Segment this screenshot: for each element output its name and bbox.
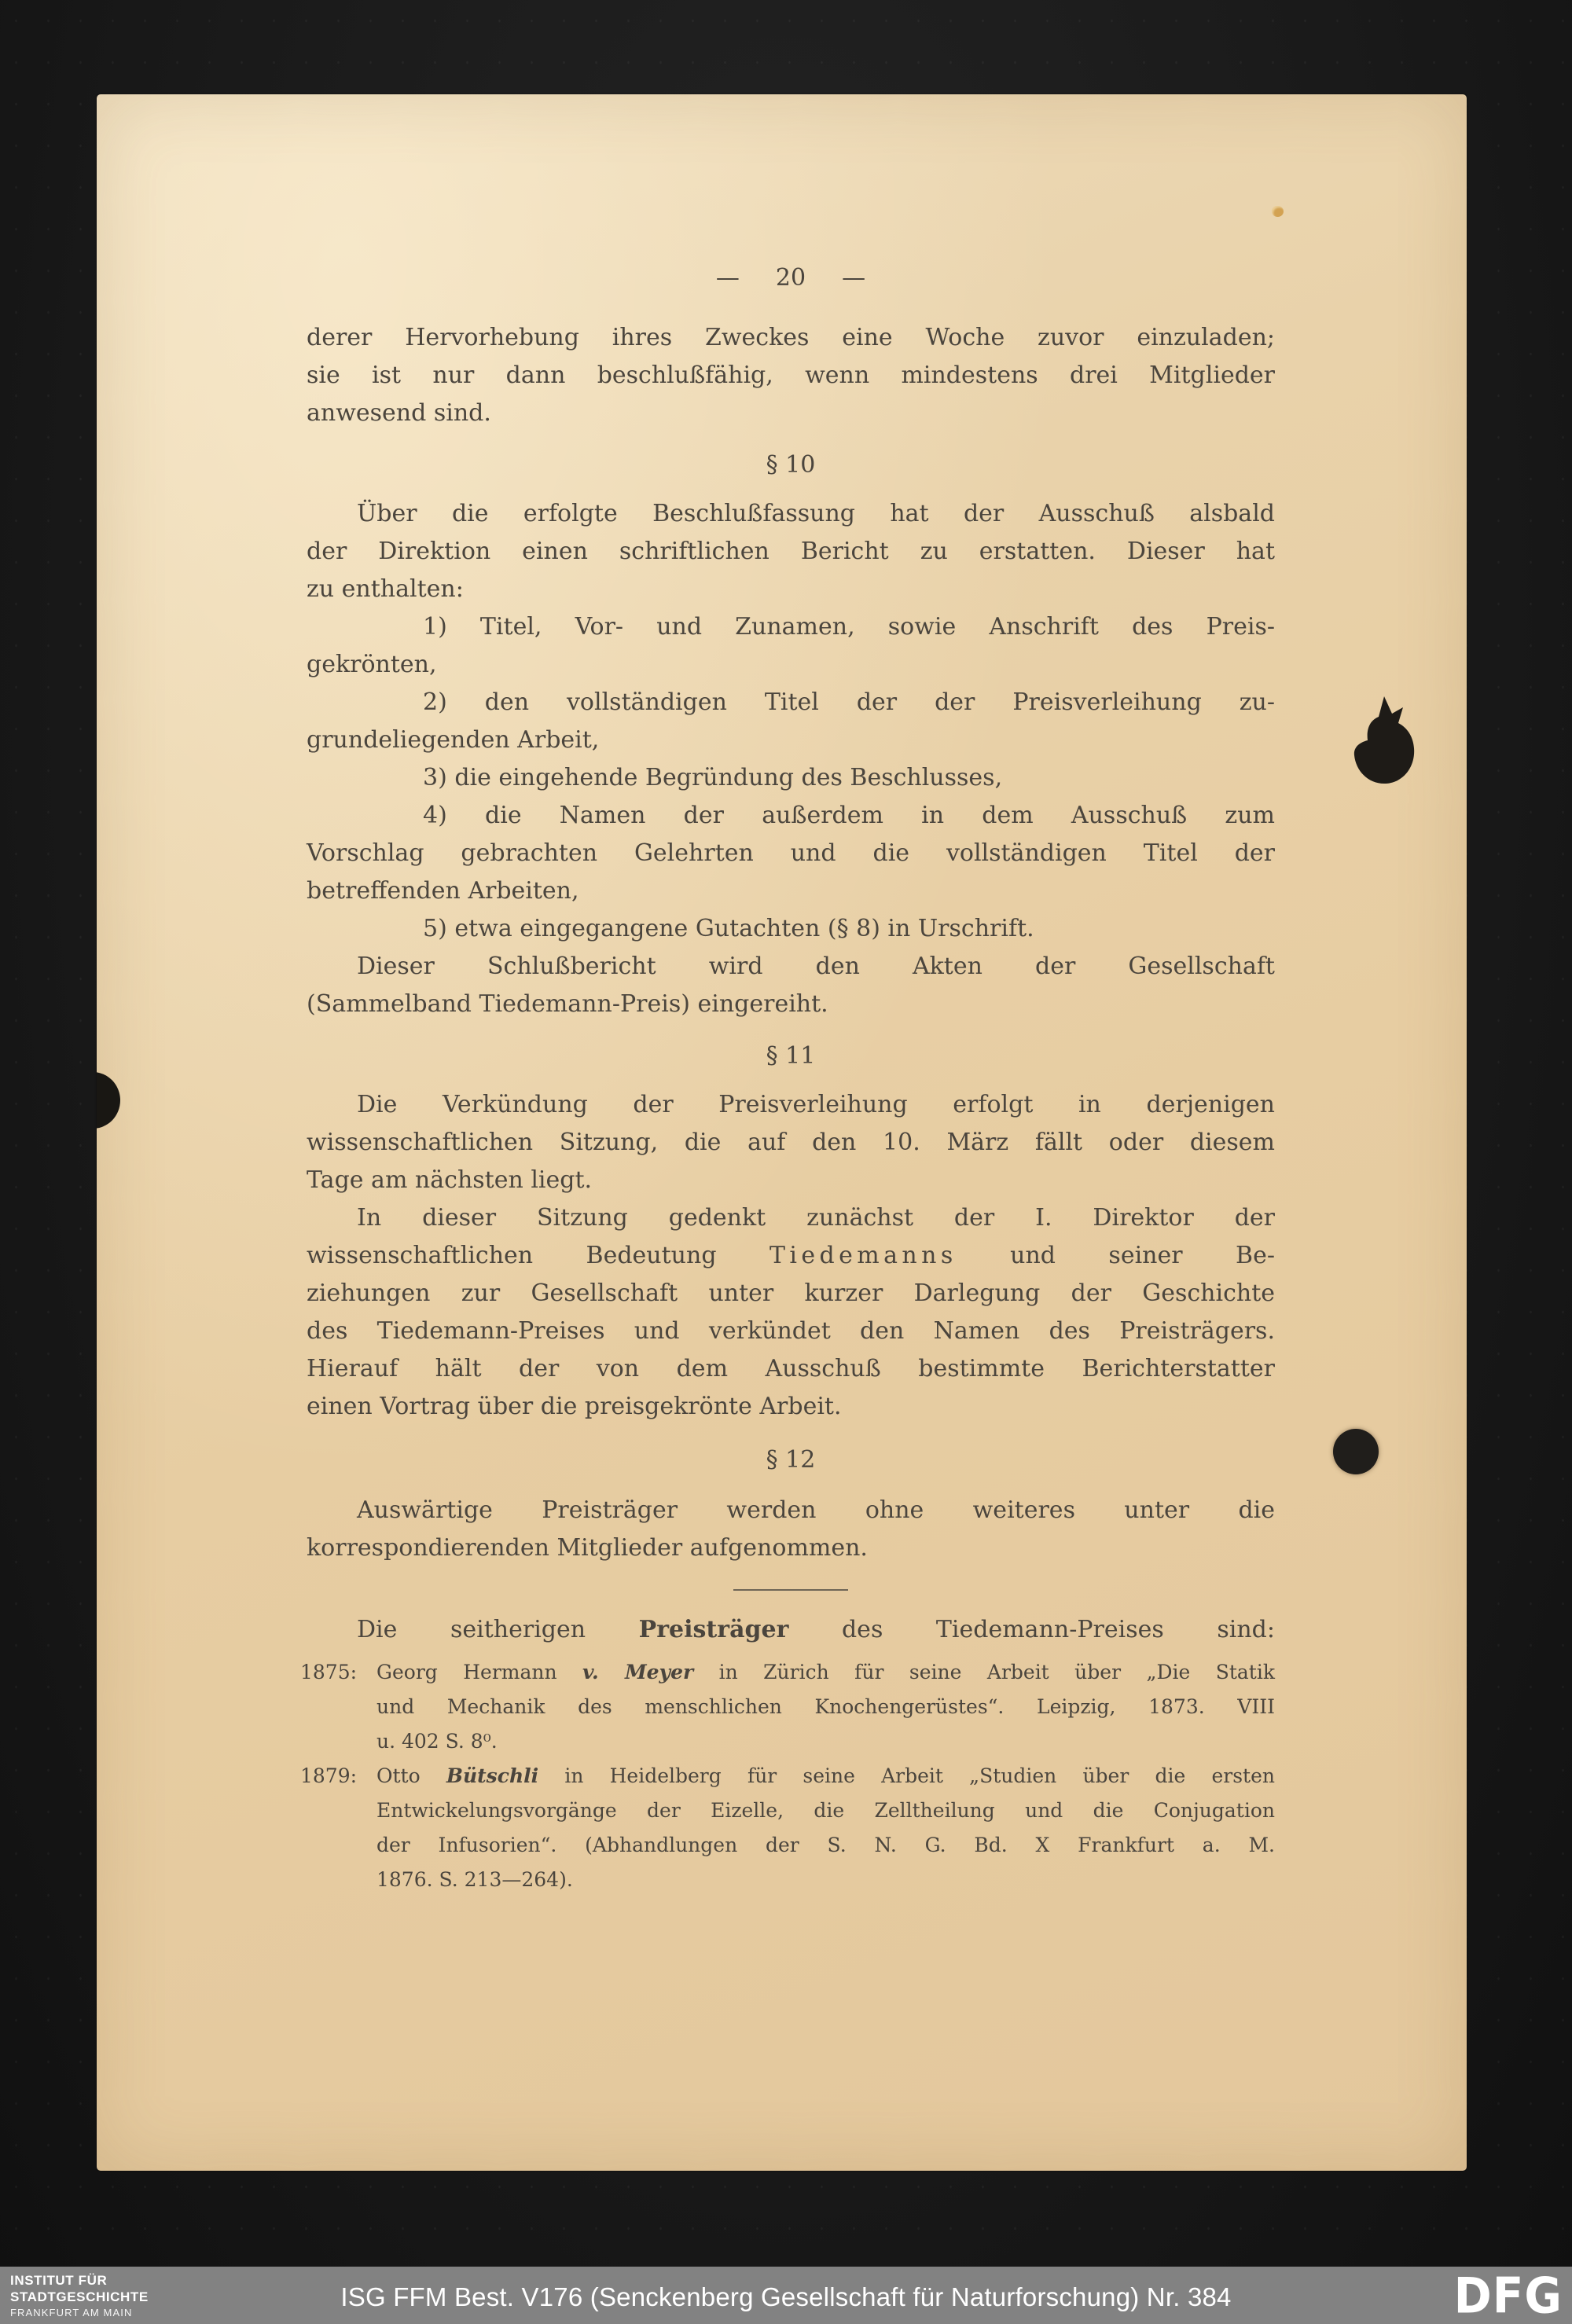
entry-year: 1875: — [300, 1655, 376, 1759]
text-line: In dieser Sitzung gedenkt zunächst der I… — [307, 1199, 1275, 1237]
text-line: sie ist nur dann beschlußfähig, wenn min… — [307, 357, 1275, 395]
entry-text: Otto Bütschli in Heidelberg für seine Ar… — [376, 1759, 1275, 1897]
text-fragment: Otto — [376, 1764, 446, 1787]
italic-name-buetschli: Bütschli — [446, 1764, 538, 1787]
document-page: —20— derer Hervorhebung ihres Zweckes ei… — [97, 94, 1467, 2171]
prize-intro-line: Die seitherigen Preisträger des Tiedeman… — [307, 1611, 1275, 1649]
text-line: 1876. S. 213—264). — [376, 1863, 1275, 1897]
text-line: Entwickelungsvorgänge der Eizelle, die Z… — [376, 1793, 1275, 1828]
text-fragment: Die seitherigen — [357, 1616, 639, 1643]
text-line: Dieser Schlußbericht wird den Akten der … — [307, 948, 1275, 986]
entry-year: 1879: — [300, 1759, 376, 1897]
text-line: Die Verkündung der Preisverleihung erfol… — [307, 1086, 1275, 1124]
text-line: des Tiedemann-Preises und verkündet den … — [307, 1313, 1275, 1350]
paper-speck — [1272, 206, 1284, 217]
list-item-line: Vorschlag gebrachten Gelehrten und die v… — [307, 835, 1275, 872]
page-number-dash-left: — — [716, 259, 740, 297]
text-fragment: wissenschaftlichen Bedeutung — [307, 1242, 769, 1269]
text-line: wissenschaftlichen Bedeutung Tiedemanns … — [307, 1237, 1275, 1275]
punch-hole — [1333, 1429, 1379, 1474]
letterspaced-name-tiedemanns: Tiedemanns — [769, 1242, 957, 1269]
text-line: zu enthalten: — [307, 571, 1275, 608]
text-column: —20— derer Hervorhebung ihres Zweckes ei… — [307, 259, 1275, 1897]
scan-background: { "doc": { "dash_left": "—", "page_numbe… — [0, 0, 1572, 2324]
list-item-line: betreffenden Arbeiten, — [307, 872, 1275, 910]
dfg-logo: DFG — [1454, 2267, 1563, 2324]
bold-word-preistraeger: Preisträger — [639, 1616, 789, 1643]
text-line: Über die erfolgte Beschlußfassung hat de… — [307, 495, 1275, 533]
text-fragment: und seiner Be- — [957, 1242, 1275, 1269]
text-line: (Sammelband Tiedemann-Preis) eingereiht. — [307, 986, 1275, 1023]
section-heading-10: § 10 — [307, 446, 1275, 484]
prize-entries: 1875: Georg Hermann v. Meyer in Zürich f… — [300, 1655, 1275, 1897]
page-number: 20 — [776, 259, 806, 297]
archive-reference: ISG FFM Best. V176 (Senckenberg Gesellsc… — [0, 2282, 1572, 2312]
list-item-line: 5) etwa eingegangene Gutachten (§ 8) in … — [307, 910, 1275, 948]
text-fragment: in Zürich für seine Arbeit über „Die Sta… — [693, 1661, 1275, 1683]
punch-hole-ink-blob — [1323, 692, 1425, 810]
text-line: Auswärtige Preisträger werden ohne weite… — [307, 1492, 1275, 1529]
list-item-line: grundeliegenden Arbeit, — [307, 721, 1275, 759]
list-item-line: 4) die Namen der außerdem in dem Ausschu… — [307, 797, 1275, 835]
text-line: Otto Bütschli in Heidelberg für seine Ar… — [376, 1759, 1275, 1793]
prize-entry-1879: 1879: Otto Bütschli in Heidelberg für se… — [300, 1759, 1275, 1897]
text-line: derer Hervorhebung ihres Zweckes eine Wo… — [307, 319, 1275, 357]
divider-rule — [733, 1589, 848, 1591]
text-fragment: des Tiedemann-Preises sind: — [788, 1616, 1275, 1643]
text-line: der Direktion einen schriftlichen Berich… — [307, 533, 1275, 571]
text-line: einen Vortrag über die preisgekrönte Arb… — [307, 1388, 1275, 1426]
section-heading-12: § 12 — [307, 1441, 1275, 1479]
list-item-line: 1) Titel, Vor- und Zunamen, sowie Anschr… — [307, 608, 1275, 646]
list-item-line: 2) den vollständigen Titel der der Preis… — [307, 684, 1275, 721]
section-heading-11: § 11 — [307, 1037, 1275, 1075]
edge-notch — [97, 1072, 120, 1129]
list-item-line: gekrönten, — [307, 646, 1275, 684]
text-line: Georg Hermann v. Meyer in Zürich für sei… — [376, 1655, 1275, 1690]
text-line: Tage am nächsten liegt. — [307, 1162, 1275, 1199]
list-item-line: 3) die eingehende Begründung des Beschlu… — [307, 759, 1275, 797]
text-line: ziehungen zur Gesellschaft unter kurzer … — [307, 1275, 1275, 1313]
text-line: u. 402 S. 8⁰. — [376, 1724, 1275, 1759]
page-number-dash-right: — — [842, 259, 865, 297]
text-line: der Infusorien“. (Abhandlungen der S. N.… — [376, 1828, 1275, 1863]
text-line: korrespondierenden Mitglieder aufgenomme… — [307, 1529, 1275, 1567]
text-line: Hierauf hält der von dem Ausschuß bestim… — [307, 1350, 1275, 1388]
text-fragment: in Heidelberg für seine Arbeit „Studien … — [538, 1764, 1275, 1787]
text-line: anwesend sind. — [307, 395, 1275, 432]
footer-bar: INSTITUT FÜR STADTGESCHICHTE FRANKFURT A… — [0, 2267, 1572, 2324]
text-line: und Mechanik des menschlichen Knochenger… — [376, 1690, 1275, 1724]
text-fragment: Georg Hermann — [376, 1661, 582, 1683]
page-number-row: —20— — [307, 259, 1275, 297]
prize-entry-1875: 1875: Georg Hermann v. Meyer in Zürich f… — [300, 1655, 1275, 1759]
entry-text: Georg Hermann v. Meyer in Zürich für sei… — [376, 1655, 1275, 1759]
italic-name-meyer: v. Meyer — [582, 1661, 693, 1683]
text-line: wissenschaftlichen Sitzung, die auf den … — [307, 1124, 1275, 1162]
